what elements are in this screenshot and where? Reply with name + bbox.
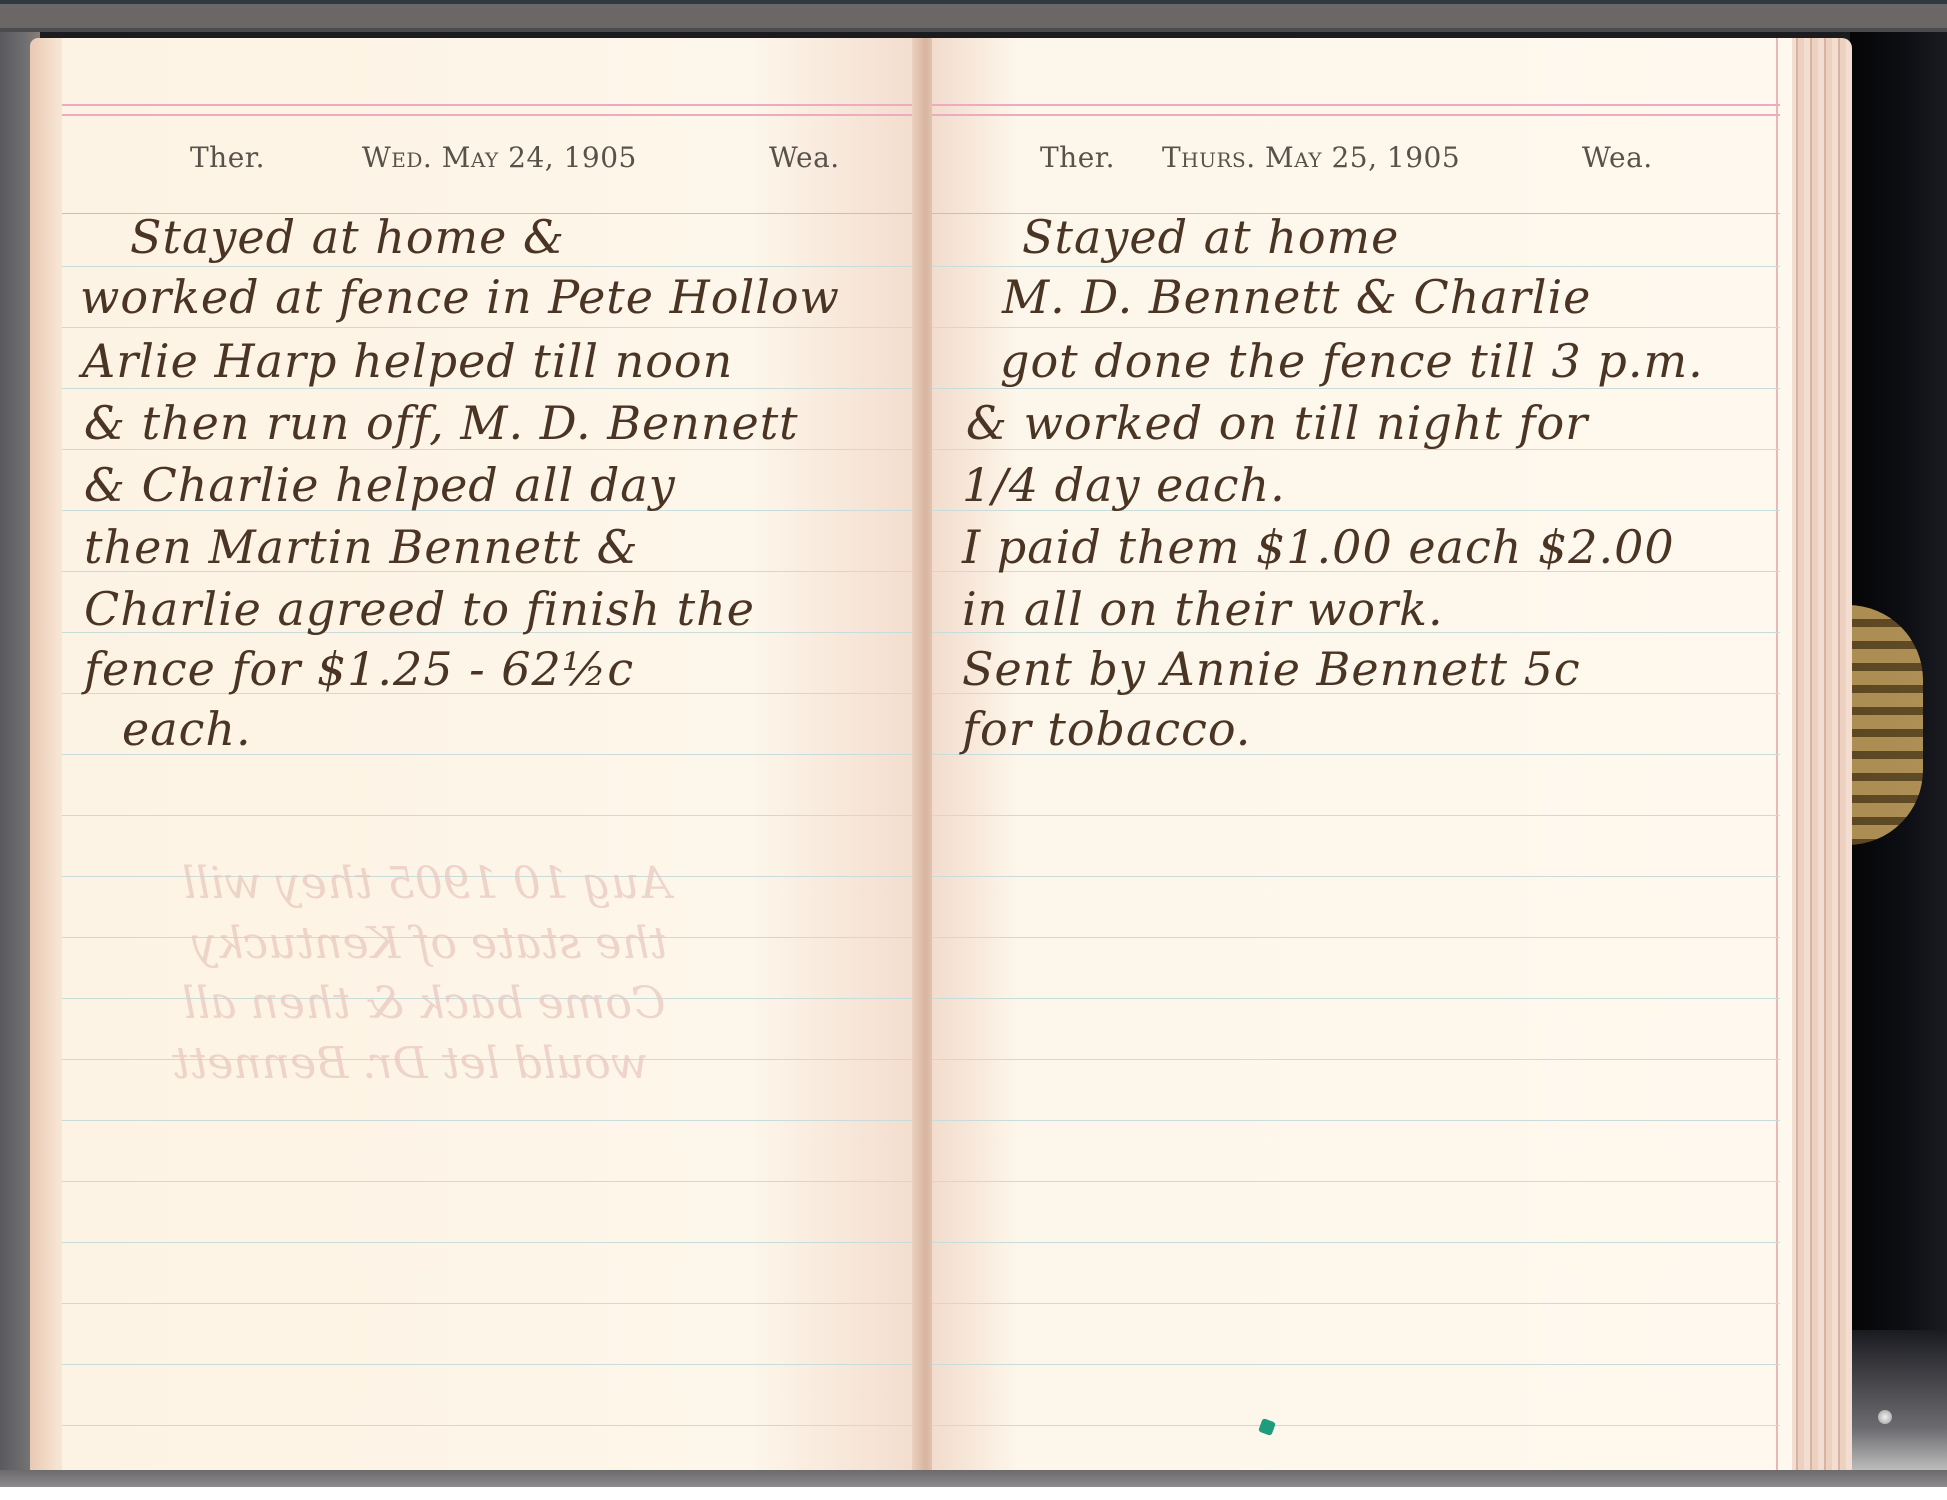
page-date-heading: Wed. May 24, 1905 bbox=[362, 141, 637, 174]
date: May 24, 1905 bbox=[442, 141, 637, 174]
left-page: Ther. Wed. May 24, 1905 Wea. Aug 10 1905… bbox=[62, 38, 922, 1478]
ruled-line bbox=[932, 1303, 1780, 1304]
ther-label: Ther. bbox=[1040, 141, 1115, 174]
page-date-heading: Thurs. May 25, 1905 bbox=[1162, 141, 1460, 174]
ruled-line bbox=[932, 998, 1780, 999]
bleed-through-text: Come back & then all bbox=[182, 978, 666, 1029]
ruled-line bbox=[932, 266, 1780, 267]
ruled-line bbox=[62, 1303, 922, 1304]
day-of-week: Wed. bbox=[362, 141, 432, 174]
ruled-line bbox=[932, 388, 1780, 389]
pink-rule bbox=[62, 104, 922, 106]
entry-line: & Charlie helped all day bbox=[84, 458, 676, 512]
entry-line: I paid them $1.00 each $2.00 bbox=[962, 520, 1675, 574]
date: May 25, 1905 bbox=[1265, 141, 1460, 174]
ruled-line bbox=[932, 937, 1780, 938]
scanner-bottom-edge bbox=[0, 1470, 1947, 1488]
entry-line: Stayed at home bbox=[1022, 210, 1399, 264]
rivet-icon bbox=[1878, 1410, 1892, 1424]
ruled-line bbox=[932, 1425, 1780, 1426]
ruled-line bbox=[932, 1364, 1780, 1365]
entry-line: Sent by Annie Bennett 5c bbox=[962, 642, 1581, 696]
ruled-line bbox=[932, 1242, 1780, 1243]
entry-line: got done the fence till 3 p.m. bbox=[1000, 334, 1704, 388]
wea-label: Wea. bbox=[1582, 141, 1653, 174]
ruled-line bbox=[62, 1425, 922, 1426]
pink-rule bbox=[932, 104, 1780, 106]
ruled-line bbox=[932, 876, 1780, 877]
wea-label: Wea. bbox=[769, 141, 840, 174]
entry-line: for tobacco. bbox=[962, 702, 1251, 756]
entry-line: each. bbox=[122, 702, 252, 756]
ruled-line bbox=[932, 1120, 1780, 1121]
ruled-line bbox=[62, 1181, 922, 1182]
entry-line: & worked on till night for bbox=[966, 396, 1588, 450]
entry-line: M. D. Bennett & Charlie bbox=[1002, 270, 1591, 324]
scanner-top-edge bbox=[0, 0, 1947, 32]
ruled-line bbox=[932, 815, 1780, 816]
ruled-line bbox=[62, 1364, 922, 1365]
book-clasp bbox=[1848, 605, 1923, 845]
entry-line: fence for $1.25 - 62½c bbox=[84, 642, 634, 696]
entry-line: Charlie agreed to finish the bbox=[84, 582, 755, 636]
entry-line: then Martin Bennett & bbox=[84, 520, 639, 574]
entry-line: Arlie Harp helped till noon bbox=[82, 334, 733, 388]
ruled-line bbox=[62, 1120, 922, 1121]
ruled-line bbox=[62, 1242, 922, 1243]
day-of-week: Thurs. bbox=[1162, 141, 1256, 174]
margin-line bbox=[1776, 38, 1778, 1478]
ruled-line bbox=[932, 1181, 1780, 1182]
entry-line: 1/4 day each. bbox=[962, 458, 1286, 512]
ther-label: Ther. bbox=[190, 141, 265, 174]
pink-rule bbox=[932, 114, 1780, 116]
right-page: Ther. Thurs. May 25, 1905 Wea. Stayed at… bbox=[932, 38, 1792, 1478]
scan-margin bbox=[0, 1487, 1947, 1500]
entry-line: & then run off, M. D. Bennett bbox=[84, 396, 799, 450]
ruled-line bbox=[932, 1059, 1780, 1060]
ruled-line bbox=[932, 327, 1780, 328]
entry-line: in all on their work. bbox=[962, 582, 1444, 636]
bleed-through-text: the state of Kentucky bbox=[192, 918, 667, 969]
ruled-line bbox=[62, 388, 922, 389]
entry-line: Stayed at home & bbox=[130, 210, 565, 264]
ruled-line bbox=[62, 815, 922, 816]
bleed-through-text: Aug 10 1905 they will bbox=[182, 858, 671, 909]
pink-rule bbox=[62, 114, 922, 116]
entry-line: worked at fence in Pete Hollow bbox=[80, 270, 840, 324]
ruled-line bbox=[62, 327, 922, 328]
bleed-through-text: would let Dr. Bennett bbox=[172, 1038, 648, 1089]
page-stack-right bbox=[1790, 38, 1852, 1478]
ruled-line bbox=[62, 266, 922, 267]
